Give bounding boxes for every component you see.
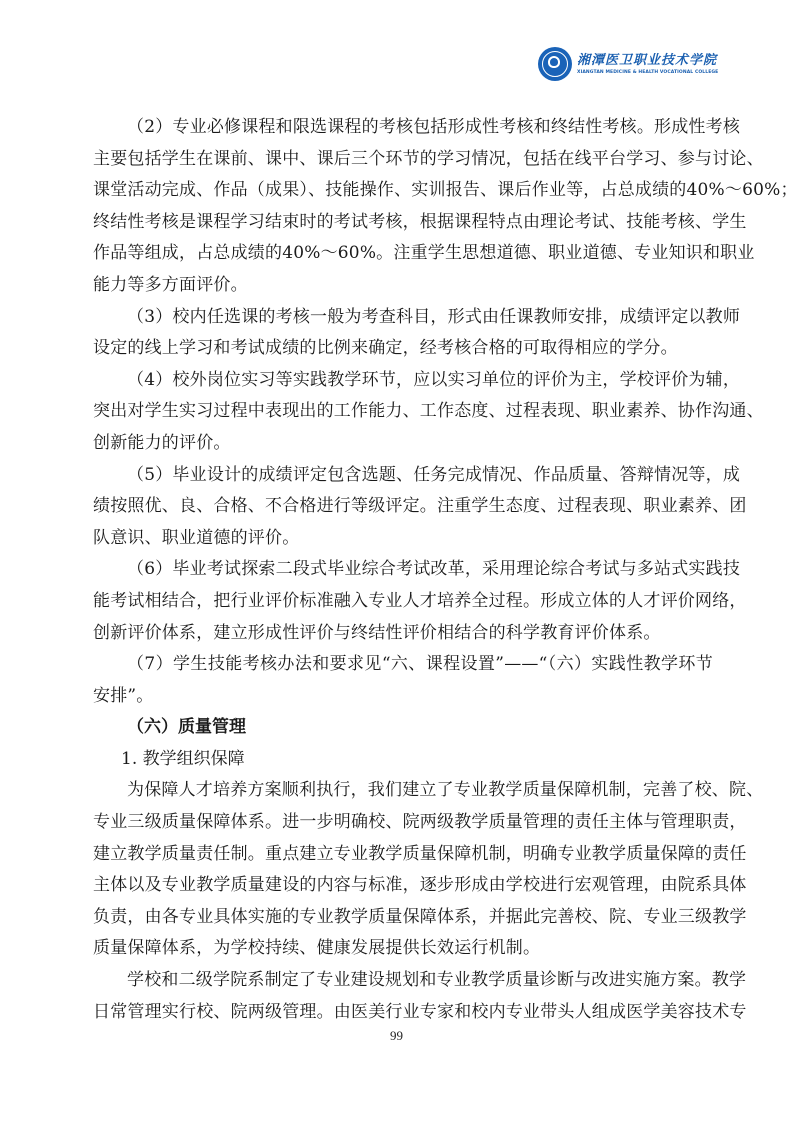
quality-paragraph-line: 负责，由各专业具体实施的专业教学质量保障体系，并据此完善校、院、专业三级教学	[93, 902, 713, 934]
college-name-en: XIANGTAN MEDICINE & HEALTH VOCATIONAL CO…	[577, 69, 718, 76]
management-paragraph-line: 日常管理实行校、院两级管理。由医美行业专家和校内专业带头人组成医学美容技术专	[93, 997, 713, 1029]
quality-paragraph-line: 为保障人才培养方案顺利执行，我们建立了专业教学质量保障机制，完善了校、院、	[93, 775, 713, 807]
paragraph-5-line: 绩按照优、良、合格、不合格进行等级评定。注重学生态度、过程表现、职业素养、团	[93, 491, 713, 523]
paragraph-6-line: （6）毕业考试探索二段式毕业综合考试改革，采用理论综合考试与多站式实践技	[93, 554, 713, 586]
college-logo: 湘潭医卫职业技术学院 XIANGTAN MEDICINE & HEALTH VO…	[538, 47, 718, 81]
paragraph-3-line: （3）校内任选课的考核一般为考查科目，形式由任课教师安排，成绩评定以教师	[93, 302, 713, 334]
paragraph-3-line: 设定的线上学习和考试成绩的比例来确定，经考核合格的可取得相应的学分。	[93, 333, 713, 365]
college-seal-icon	[538, 47, 572, 81]
quality-paragraph-line: 建立教学质量责任制。重点建立专业教学质量保障机制，明确专业教学质量保障的责任	[93, 839, 713, 871]
college-name-cn: 湘潭医卫职业技术学院	[577, 53, 718, 69]
document-body: （2）专业必修课程和限选课程的考核包括形成性考核和终结性考核。形成性考核 主要包…	[93, 112, 713, 1028]
management-paragraph-line: 学校和二级学院系制定了专业建设规划和专业教学质量诊断与改进实施方案。教学	[93, 965, 713, 997]
paragraph-6-line: 创新评价体系，建立形成性评价与终结性评价相结合的科学教育评价体系。	[93, 618, 713, 650]
paragraph-7-line: （7）学生技能考核办法和要求见“六、课程设置”——“（六）实践性教学环节	[93, 649, 713, 681]
paragraph-7-line: 安排”。	[93, 681, 713, 713]
paragraph-4-line: （4）校外岗位实习等实践教学环节，应以实习单位的评价为主，学校评价为辅，	[93, 365, 713, 397]
section-heading: （六）质量管理	[93, 712, 713, 744]
quality-paragraph-line: 质量保障体系，为学校持续、健康发展提供长效运行机制。	[93, 933, 713, 965]
paragraph-2-line: 作品等组成，占总成绩的40%～60%。注重学生思想道德、职业道德、专业知识和职业	[93, 238, 713, 270]
paragraph-2-line: 主要包括学生在课前、课中、课后三个环节的学习情况，包括在线平台学习、参与讨论、	[93, 144, 713, 176]
paragraph-2-line: 能力等多方面评价。	[93, 270, 713, 302]
quality-paragraph-line: 专业三级质量保障体系。进一步明确校、院两级教学质量管理的责任主体与管理职责，	[93, 807, 713, 839]
paragraph-5-line: 队意识、职业道德的评价。	[93, 523, 713, 555]
paragraph-2-line: 终结性考核是课程学习结束时的考试考核，根据课程特点由理论考试、技能考核、学生	[93, 207, 713, 239]
paragraph-2-line: 课堂活动完成、作品（成果）、技能操作、实训报告、课后作业等，占总成绩的40%～6…	[93, 175, 713, 207]
paragraph-4-line: 突出对学生实习过程中表现出的工作能力、工作态度、过程表现、职业素养、协作沟通、	[93, 396, 713, 428]
paragraph-4-line: 创新能力的评价。	[93, 428, 713, 460]
paragraph-5-line: （5）毕业设计的成绩评定包含选题、任务完成情况、作品质量、答辩情况等，成	[93, 460, 713, 492]
paragraph-2-line: （2）专业必修课程和限选课程的考核包括形成性考核和终结性考核。形成性考核	[93, 112, 713, 144]
page-number: 99	[0, 1028, 793, 1044]
paragraph-6-line: 能考试相结合，把行业评价标准融入专业人才培养全过程。形成立体的人才评价网络，	[93, 586, 713, 618]
quality-paragraph-line: 主体以及专业教学质量建设的内容与标准，逐步形成由学校进行宏观管理，由院系具体	[93, 870, 713, 902]
subsection-heading: 1. 教学组织保障	[93, 744, 713, 776]
